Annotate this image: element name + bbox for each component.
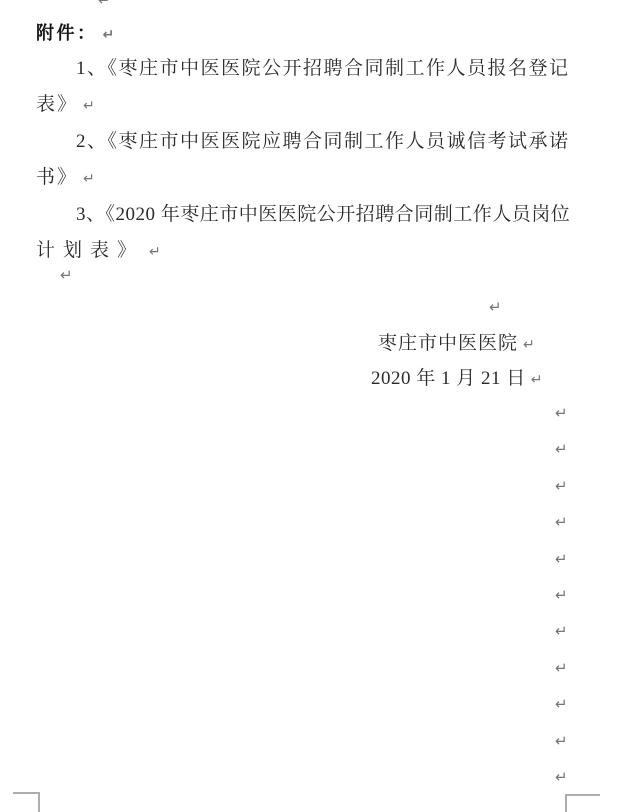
paragraph-mark-icon: ↵ <box>555 769 568 785</box>
attachment-2-line-1: 2、《枣庄市中医医院应聘合同制工作人员诚信考试承诺 <box>76 130 570 153</box>
attachments-heading: 附件： <box>36 23 98 43</box>
paragraph-mark-icon: ↵ <box>555 733 568 749</box>
paragraph-mark-icon: ↵ <box>555 551 568 567</box>
paragraph-mark-icon: ↵ <box>555 514 568 530</box>
paragraph-mark-icon: ↵ <box>555 660 568 676</box>
paragraph-mark-icon: ↵ <box>555 587 568 603</box>
attachment-3-line-1: 3、《2020 年枣庄市中医医院公开招聘合同制工作人员岗位 <box>76 203 570 226</box>
signature-date-line: 2020 年 1 月 21 日↵ <box>371 367 543 392</box>
signature-org-line: 枣庄市中医医院↵ <box>378 332 535 357</box>
text-boundary-corner-left <box>13 792 40 812</box>
attachment-3-line-2: 计划表》↵ <box>36 239 161 264</box>
attachment-1-line-1: 1、《枣庄市中医医院公开招聘合同制工作人员报名登记 <box>76 57 570 80</box>
paragraph-mark-icon: ↵ <box>489 299 502 315</box>
paragraph-mark-icon: ↵ <box>149 244 161 260</box>
signature-org: 枣庄市中医医院 <box>378 333 518 354</box>
paragraph-mark-icon: ↵ <box>555 405 568 421</box>
paragraph-mark-icon: ↵ <box>523 337 535 353</box>
paragraph-mark-icon: ↵ <box>555 478 568 494</box>
paragraph-mark-icon: ↵ <box>555 441 568 457</box>
attachment-2-line-2: 书》↵ <box>36 166 95 191</box>
paragraph-mark-icon: ↵ <box>531 372 543 388</box>
document-page: ↵ 附件：↵ 1、《枣庄市中医医院公开招聘合同制工作人员报名登记 表》↵ 2、《… <box>0 0 620 812</box>
signature-date: 2020 年 1 月 21 日 <box>371 368 526 389</box>
paragraph-mark-icon: ↵ <box>555 696 568 712</box>
paragraph-mark-icon: ↵ <box>103 27 115 43</box>
clipped-paragraph-mark-icon: ↵ <box>98 0 116 8</box>
text-boundary-corner-right <box>565 794 600 812</box>
attachments-heading-line: 附件：↵ <box>36 22 114 47</box>
paragraph-mark-icon: ↵ <box>555 623 568 639</box>
paragraph-mark-icon: ↵ <box>83 98 95 114</box>
paragraph-mark-icon: ↵ <box>83 171 95 187</box>
attachment-1-line-2: 表》↵ <box>36 93 95 118</box>
paragraph-mark-icon: ↵ <box>60 267 73 283</box>
